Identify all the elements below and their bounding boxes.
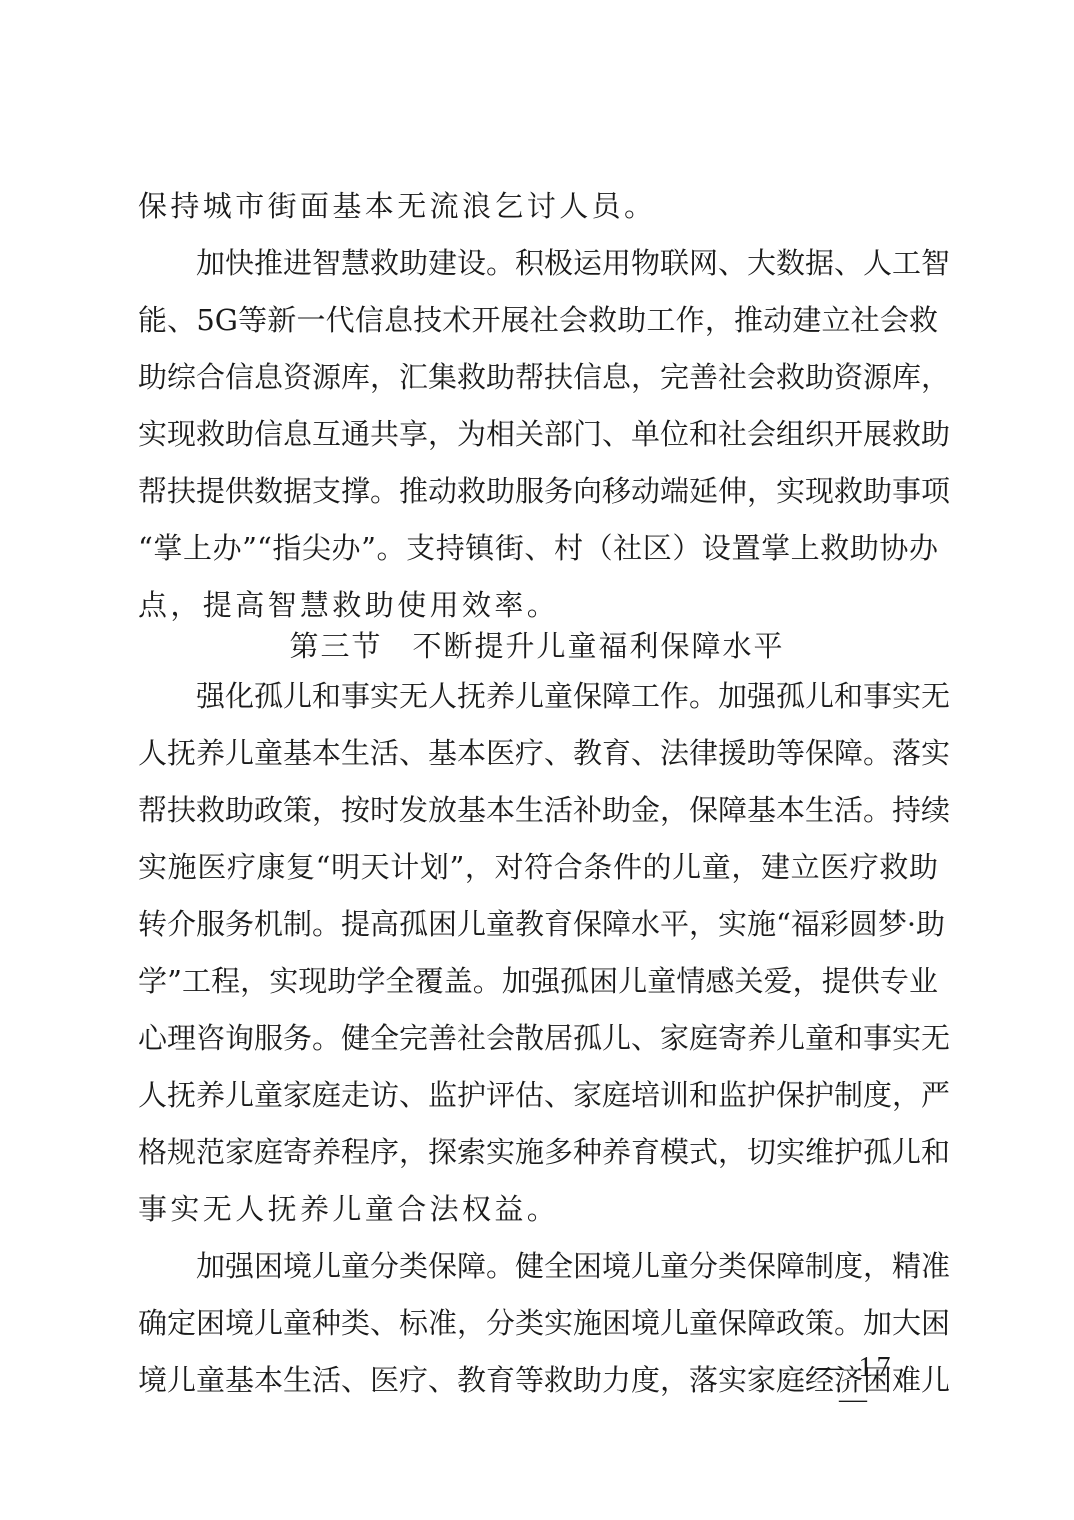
text-line: 加强困境儿童分类保障。健全困境儿童分类保障制度，精准 (196, 1248, 938, 1284)
text-line: 帮扶救助政策，按时发放基本生活补助金，保障基本生活。持续 (138, 792, 938, 828)
text-line: 帮扶提供数据支撑。推动救助服务向移动端延伸，实现救助事项 (138, 473, 938, 509)
text-line: 加快推进智慧救助建设。积极运用物联网、大数据、人工智 (196, 245, 938, 281)
section-title: 不断提升儿童福利保障水平 (413, 629, 785, 663)
section-number: 第三节 (289, 629, 382, 663)
text-line: 转介服务机制。提高孤困儿童教育保障水平，实施“福彩圆梦·助 (138, 906, 938, 942)
text-line: 格规范家庭寄养程序，探索实施多种养育模式，切实维护孤儿和 (138, 1134, 938, 1170)
text-line: 强化孤儿和事实无人抚养儿童保障工作。加强孤儿和事实无 (196, 678, 938, 714)
text-line: 确定困境儿童种类、标准，分类实施困境儿童保障政策。加大困 (138, 1305, 938, 1341)
document-page: 保持城市街面基本无流浪乞讨人员。加快推进智慧救助建设。积极运用物联网、大数据、人… (0, 0, 1074, 1520)
text-line: “掌上办”“指尖办”。支持镇街、村（社区）设置掌上救助协办 (138, 530, 938, 566)
text-line: 助综合信息资源库，汇集救助帮扶信息，完善社会救助资源库， (138, 359, 938, 395)
text-line: 心理咨询服务。健全完善社会散居孤儿、家庭寄养儿童和事实无 (138, 1020, 938, 1056)
page-number: — 17 — (800, 1352, 910, 1416)
text-line: 实现救助信息互通共享，为相关部门、单位和社会组织开展救助 (138, 416, 938, 452)
text-line: 能、5G等新一代信息技术开展社会救助工作，推动建立社会救 (138, 302, 938, 338)
text-line: 人抚养儿童家庭走访、监护评估、家庭培训和监护保护制度，严 (138, 1077, 938, 1113)
section-heading: 第三节不断提升儿童福利保障水平 (0, 628, 1074, 664)
text-line: 保持城市街面基本无流浪乞讨人员。 (138, 188, 938, 224)
text-line: 点，提高智慧救助使用效率。 (138, 587, 938, 623)
text-line: 实施医疗康复“明天计划”，对符合条件的儿童，建立医疗救助 (138, 849, 938, 885)
text-line: 事实无人抚养儿童合法权益。 (138, 1191, 938, 1227)
text-line: 人抚养儿童基本生活、基本医疗、教育、法律援助等保障。落实 (138, 735, 938, 771)
text-line: 学”工程，实现助学全覆盖。加强孤困儿童情感关爱，提供专业 (138, 963, 938, 999)
